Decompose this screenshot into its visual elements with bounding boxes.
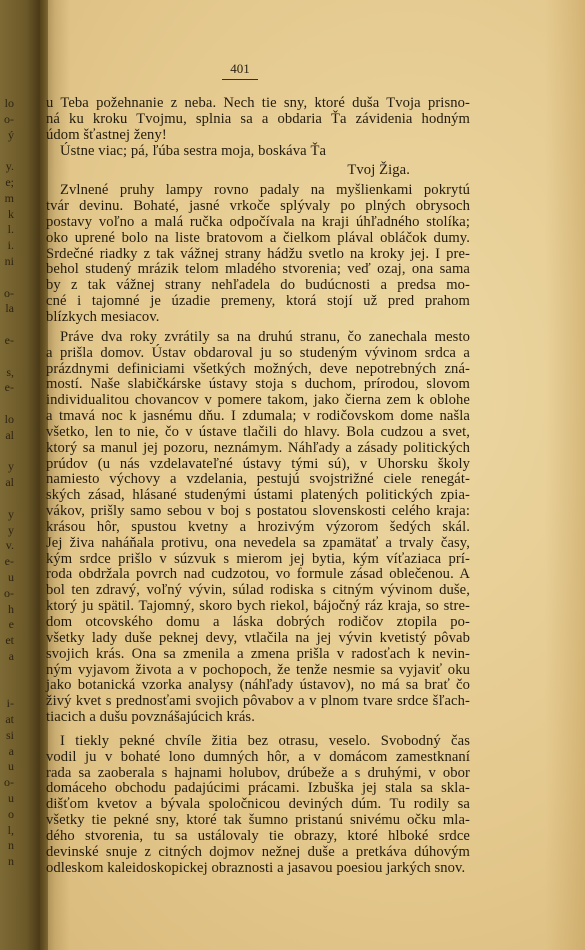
facing-page-fragment [0, 270, 14, 286]
facing-page-fragment: i- [0, 696, 14, 712]
text-line: ských zásad, hlásané studenými ústami pl… [46, 488, 470, 504]
facing-page-fragment: s, [0, 365, 14, 381]
facing-page-fragment: o- [0, 586, 14, 602]
text-line: všetky tie pekné sny, ktoré tak šumno pr… [46, 813, 470, 829]
text-line: všetko, len to nie, čo v ústave tlačili … [46, 425, 470, 441]
text-line: Ústne viac; pá, ľúba sestra moja, boskáv… [46, 144, 470, 160]
text-line: domáceho obchodu padajúcimi prácami. Izb… [46, 781, 470, 797]
text-line: mostí. Naše slabičkárske ústavy stoja s … [46, 377, 470, 393]
text-line: bol ten zdravý, voľný vývin, súlad rodis… [46, 583, 470, 599]
text-line: I tiekly pekné chvíle žitia bez otrasu, … [46, 734, 470, 750]
text-line: u Teba požehnanie z neba. Nech tie sny, … [46, 96, 470, 112]
facing-page-fragment: ý [0, 128, 14, 144]
text-line: živý kvet s prednosťami svojich pôvabov … [46, 694, 470, 710]
text-line: svojich krás. Ona sa zmenila a zmena pri… [46, 647, 470, 663]
facing-page-fragment: y [0, 507, 14, 523]
facing-page-fragment [0, 143, 14, 159]
paragraph-letter-sign: Ústne viac; pá, ľúba sestra moja, boskáv… [46, 144, 470, 160]
facing-page-fragment: a [0, 744, 14, 760]
facing-page-fragment [0, 680, 14, 696]
facing-page-fragment: n [0, 838, 14, 854]
page-text: u Teba požehnanie z neba. Nech tie sny, … [46, 96, 470, 877]
facing-page-fragment [0, 396, 14, 412]
text-line: prázdnymi definiciami všetkých možných, … [46, 362, 470, 378]
text-line: ktorý sa manul jej pozoru, neznámym. Náh… [46, 441, 470, 457]
facing-page-fragment: e- [0, 554, 14, 570]
paragraph-2: Práve dva roky zvrátily sa na druhú stra… [46, 330, 470, 726]
text-line: Práve dva roky zvrátily sa na druhú stra… [46, 330, 470, 346]
text-line: postavy voľno a malá ručka odpočívala na… [46, 215, 470, 231]
facing-page-fragment: y [0, 523, 14, 539]
facing-page-fragment: et [0, 633, 14, 649]
facing-page-fragment: y. [0, 159, 14, 175]
facing-page-fragment [0, 444, 14, 460]
facing-page-fragments: loo-ýy.e;mkl.i.nio-lae-s,e-loalyalyyv.e-… [0, 96, 14, 870]
text-line: kým srdce prišlo v súzvuk s mierom jej b… [46, 552, 470, 568]
facing-page-fragment: h [0, 602, 14, 618]
text-line: Zvlnené pruhy lampy rovno padaly na myšl… [46, 183, 470, 199]
text-line: by z tak vážnej strany nehľadela do budú… [46, 278, 470, 294]
page-number: 401 [222, 61, 258, 80]
text-line: tiacich a dušu povznášajúcich krás. [46, 710, 470, 726]
text-line: individualitou chovancov v pomere takom,… [46, 393, 470, 409]
text-line: ným vyjavom života a v pochopoch, že ten… [46, 663, 470, 679]
facing-page-fragment: l, [0, 823, 14, 839]
text-line: ktorý ju spätil. Tajomný, skoro bych rie… [46, 599, 470, 615]
text-line: blízkych mesiacov. [46, 310, 470, 326]
facing-page-fragment: e- [0, 380, 14, 396]
text-line: všetky lady duše peknej devy, vtlačila n… [46, 631, 470, 647]
facing-page-fragment: al [0, 428, 14, 444]
facing-page-fragment: a [0, 649, 14, 665]
text-line: prúdov (u nás vzdelavateľné ústavy tými … [46, 457, 470, 473]
text-line: namiesto výchovy a vzdelania, pestujú sv… [46, 472, 470, 488]
facing-page-fragment: lo [0, 96, 14, 112]
text-line: vodil ju v bohaté lono dumných hôr, a v … [46, 750, 470, 766]
facing-page-fragment [0, 491, 14, 507]
text-line: devinské snuje z citných dojmov nežnej d… [46, 845, 470, 861]
text-line: a tmavá noc k jasnému dňu. I zdumala; v … [46, 409, 470, 425]
facing-page-fragment: u [0, 791, 14, 807]
text-line: a prišla domov. Ústav obdaroval ju so st… [46, 346, 470, 362]
text-line: tvár devinu. Bohaté, jasné vrkoče splýva… [46, 199, 470, 215]
text-line: dom otcovského domu a láska dobrých rodi… [46, 615, 470, 631]
facing-page-fragment: al [0, 475, 14, 491]
facing-page-fragment: m [0, 191, 14, 207]
text-line: vákov, prišly samo sebou v boj s postato… [46, 504, 470, 520]
facing-page-fragment: ni [0, 254, 14, 270]
text-line: cné i tajomné je úzadie premeny, ktorá s… [46, 294, 470, 310]
facing-page-fragment [0, 349, 14, 365]
text-line: behol studený mrázik telom mladého stvor… [46, 262, 470, 278]
text-line: krásou hôr, spustou kvetny a hrozivým vý… [46, 520, 470, 536]
facing-page-fragment: o- [0, 112, 14, 128]
paragraph-letter-close: u Teba požehnanie z neba. Nech tie sny, … [46, 96, 470, 144]
facing-page-fragment: o [0, 807, 14, 823]
text-line: Srdečné riadky z tak vážnej strany hádžu… [46, 247, 470, 263]
text-line: dého stvorenia, tu sa ustálovaly tie obr… [46, 829, 470, 845]
facing-page-fragment: u [0, 759, 14, 775]
facing-page-fragment: n [0, 854, 14, 870]
facing-page-fragment: la [0, 301, 14, 317]
text-line: roda obdržala povrch nad cudzotou, vo fo… [46, 567, 470, 583]
text-line: Jej živa naháňala protivu, ona nevedela … [46, 536, 470, 552]
facing-page-fragment: lo [0, 412, 14, 428]
text-line: rada sa zaoberala s hajnami holubov, drú… [46, 766, 470, 782]
facing-page-fragment: v. [0, 538, 14, 554]
facing-page-fragment: e- [0, 333, 14, 349]
facing-page-fragment: i. [0, 238, 14, 254]
facing-page-fragment: o- [0, 286, 14, 302]
signature-line: Tvoj Žiga. [46, 163, 470, 179]
facing-page-fragment: si [0, 728, 14, 744]
text-line: oko uprené bolo na liste bratovom a čiel… [46, 231, 470, 247]
facing-page-fragment: o- [0, 775, 14, 791]
text-line: ná ku kroku Tvojmu, splnia sa a obdaria … [46, 112, 470, 128]
facing-page-fragment: k [0, 207, 14, 223]
facing-page-fragment: at [0, 712, 14, 728]
facing-page-fragment [0, 665, 14, 681]
text-line: údom šťastnej ženy! [46, 128, 470, 144]
signature: Tvoj Žiga. [46, 163, 470, 179]
text-line: odleskom kaleidoskopickej obraznosti a j… [46, 861, 470, 877]
page-edge-shading [545, 0, 585, 950]
paragraph-1: Zvlnené pruhy lampy rovno padaly na myšl… [46, 183, 470, 326]
facing-page-fragment: y [0, 459, 14, 475]
facing-page-fragment: l. [0, 222, 14, 238]
text-line: jako botanická vzorka analysy (náhľady ú… [46, 678, 470, 694]
facing-page-fragment: u [0, 570, 14, 586]
paragraph-3: I tiekly pekné chvíle žitia bez otrasu, … [46, 734, 470, 877]
facing-page-fragment [0, 317, 14, 333]
facing-page-fragment: e; [0, 175, 14, 191]
facing-page-fragment: e [0, 617, 14, 633]
text-line: dišťom kvetov a bývala spoločnicou devin… [46, 797, 470, 813]
